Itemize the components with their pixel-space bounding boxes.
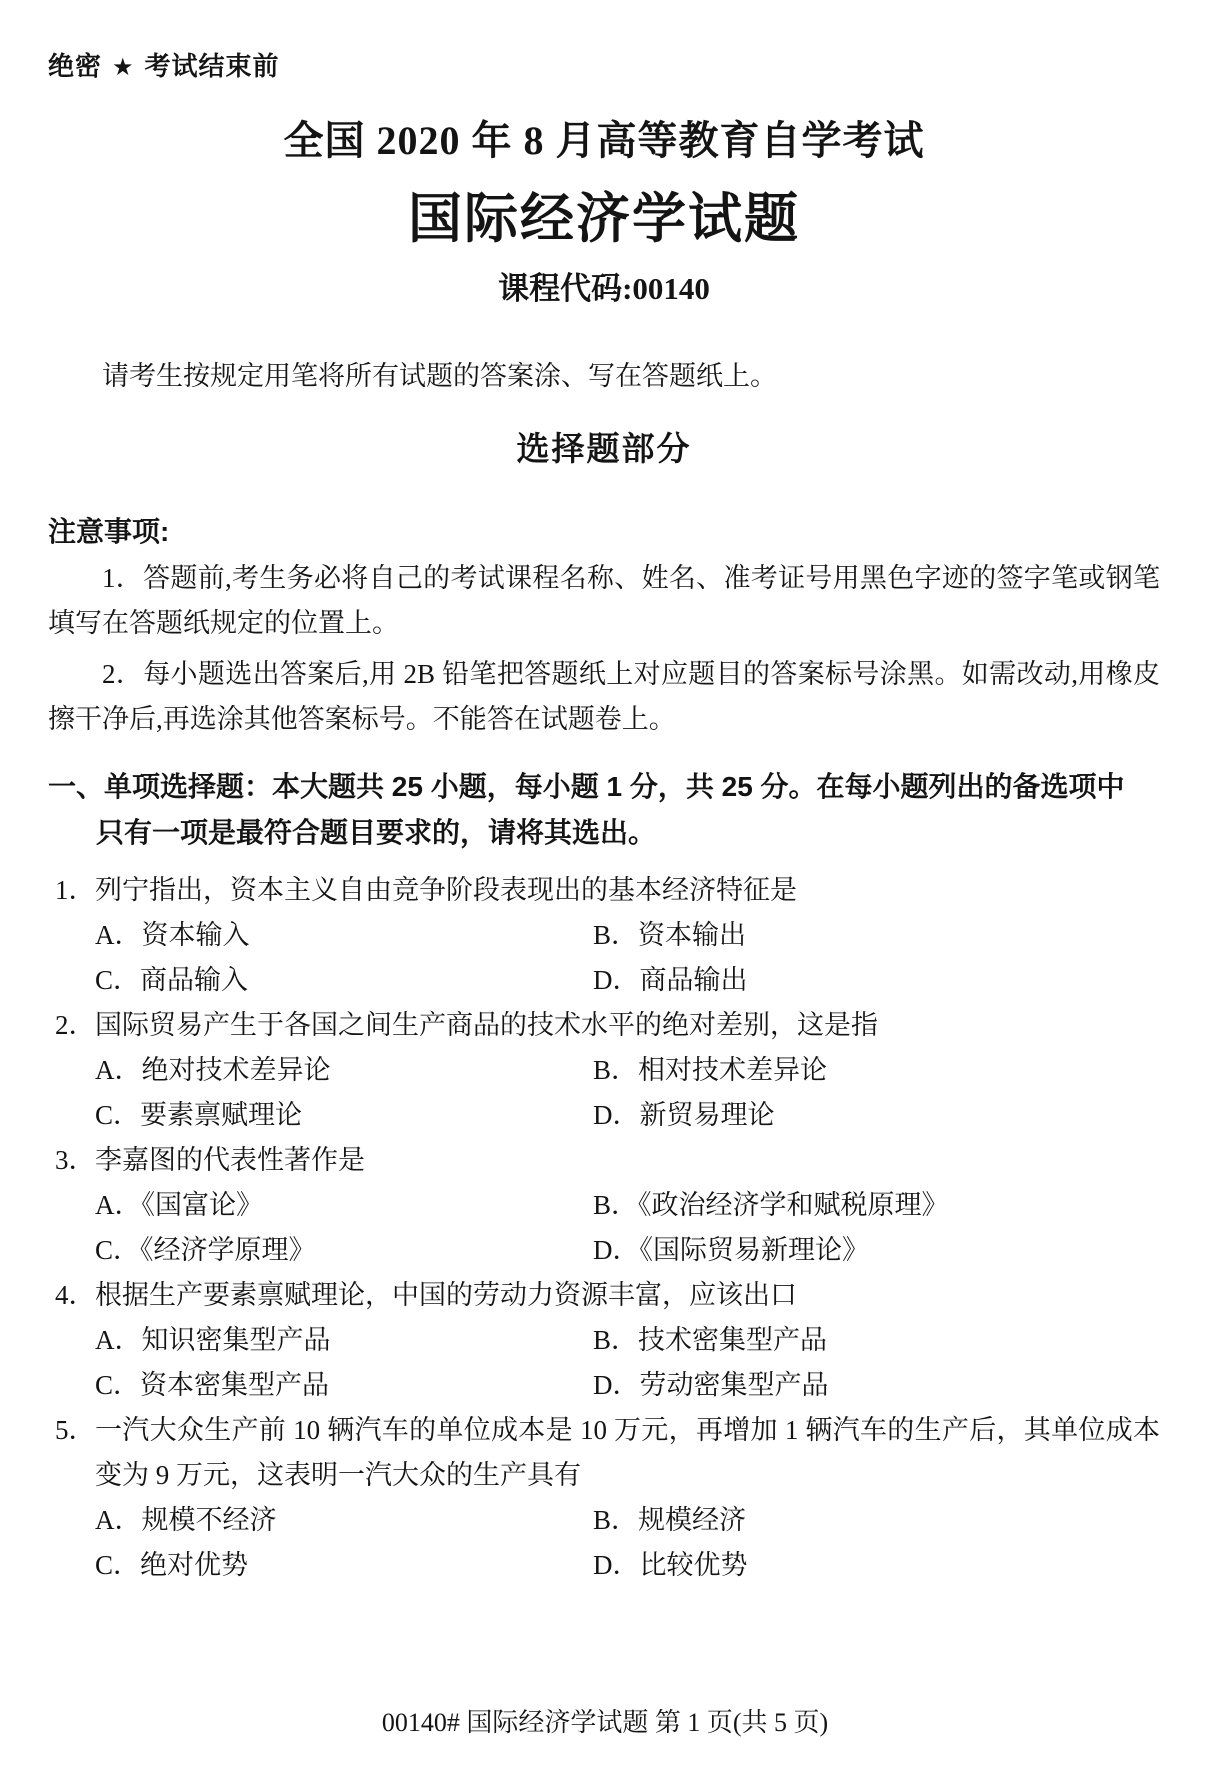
question-1-option-a: A．资本输入 [95,913,593,958]
question-3-options: A．《国富论》 B．《政治经济学和赋税原理》 C．《经济学原理》 D．《国际贸易… [48,1183,1160,1273]
answer-instruction: 请考生按规定用笔将所有试题的答案涂、写在答题纸上。 [48,354,1160,393]
question-1-option-c: C．商品输入 [95,958,593,1003]
question-5-option-b: B．规模经济 [593,1498,1160,1543]
part-one-heading-line1: 一、单项选择题：本大题共 25 小题，每小题 1 分，共 25 分。在每小题列出… [48,764,1160,810]
exam-session-title: 全国 2020 年 8 月高等教育自学考试 [48,109,1160,166]
question-1-stem: 列宁指出，资本主义自由竞争阶段表现出的基本经济特征是 [95,868,1160,913]
question-4-option-c: C．资本密集型产品 [95,1363,593,1408]
question-1-options: A．资本输入 B．资本输出 C．商品输入 D．商品输出 [48,913,1160,1003]
question-3-stem: 李嘉图的代表性著作是 [95,1138,1160,1183]
question-1-option-b: B．资本输出 [593,913,1160,958]
question-4-stem: 根据生产要素禀赋理论，中国的劳动力资源丰富，应该出口 [95,1273,1160,1318]
part-one-heading-line2: 只有一项是最符合题目要求的，请将其选出。 [48,810,1160,856]
question-2: 2． 国际贸易产生于各国之间生产商品的技术水平的绝对差别，这是指 A．绝对技术差… [48,1003,1160,1138]
question-2-option-a: A．绝对技术差异论 [95,1048,593,1093]
question-5-number: 5． [55,1408,95,1498]
question-3-number: 3． [55,1138,95,1183]
question-list: 1． 列宁指出，资本主义自由竞争阶段表现出的基本经济特征是 A．资本输入 B．资… [48,868,1160,1588]
question-3-option-c: C．《经济学原理》 [95,1228,593,1273]
notes-title: 注意事项: [48,510,1160,550]
paper-title: 国际经济学试题 [48,176,1160,253]
question-2-number: 2． [55,1003,95,1048]
note-1: 1．答题前,考生务必将自己的考试课程名称、姓名、准考证号用黑色字迹的签字笔或钢笔… [48,556,1160,646]
question-4-option-b: B．技术密集型产品 [593,1318,1160,1363]
question-5-option-a: A．规模不经济 [95,1498,593,1543]
question-4-option-d: D．劳动密集型产品 [593,1363,1160,1408]
exam-page: 绝密★考试结束前 全国 2020 年 8 月高等教育自学考试 国际经济学试题 课… [0,0,1210,1779]
security-label: 绝密★考试结束前 [48,46,1160,83]
part-one-heading: 一、单项选择题：本大题共 25 小题，每小题 1 分，共 25 分。在每小题列出… [48,764,1160,856]
question-2-option-c: C．要素禀赋理论 [95,1093,593,1138]
question-1-number: 1． [55,868,95,913]
question-2-option-b: B．相对技术差异论 [593,1048,1160,1093]
question-4: 4． 根据生产要素禀赋理论，中国的劳动力资源丰富，应该出口 A．知识密集型产品 … [48,1273,1160,1408]
question-3-option-b: B．《政治经济学和赋税原理》 [593,1183,1160,1228]
question-3-option-d: D．《国际贸易新理论》 [593,1228,1160,1273]
question-4-options: A．知识密集型产品 B．技术密集型产品 C．资本密集型产品 D．劳动密集型产品 [48,1318,1160,1408]
question-2-options: A．绝对技术差异论 B．相对技术差异论 C．要素禀赋理论 D．新贸易理论 [48,1048,1160,1138]
question-5-options: A．规模不经济 B．规模经济 C．绝对优势 D．比较优势 [48,1498,1160,1588]
question-1: 1． 列宁指出，资本主义自由竞争阶段表现出的基本经济特征是 A．资本输入 B．资… [48,868,1160,1003]
question-5-option-d: D．比较优势 [593,1543,1160,1588]
question-5-option-c: C．绝对优势 [95,1543,593,1588]
note-2: 2．每小题选出答案后,用 2B 铅笔把答题纸上对应题目的答案标号涂黑。如需改动,… [48,652,1160,742]
question-4-option-a: A．知识密集型产品 [95,1318,593,1363]
security-level-text: 绝密 [48,51,102,81]
question-3: 3． 李嘉图的代表性著作是 A．《国富论》 B．《政治经济学和赋税原理》 C．《… [48,1138,1160,1273]
security-until-text: 考试结束前 [145,51,280,81]
question-5-stem: 一汽大众生产前 10 辆汽车的单位成本是 10 万元，再增加 1 辆汽车的生产后… [95,1408,1160,1498]
question-3-option-a: A．《国富论》 [95,1183,593,1228]
question-4-number: 4． [55,1273,95,1318]
star-icon: ★ [102,54,145,81]
course-code: 课程代码:00140 [48,263,1160,308]
question-2-option-d: D．新贸易理论 [593,1093,1160,1138]
question-5: 5． 一汽大众生产前 10 辆汽车的单位成本是 10 万元，再增加 1 辆汽车的… [48,1408,1160,1588]
multiple-choice-section-heading: 选择题部分 [48,423,1160,470]
question-2-stem: 国际贸易产生于各国之间生产商品的技术水平的绝对差别，这是指 [95,1003,1160,1048]
question-1-option-d: D．商品输出 [593,958,1160,1003]
page-footer: 00140# 国际经济学试题 第 1 页(共 5 页) [0,1702,1210,1739]
